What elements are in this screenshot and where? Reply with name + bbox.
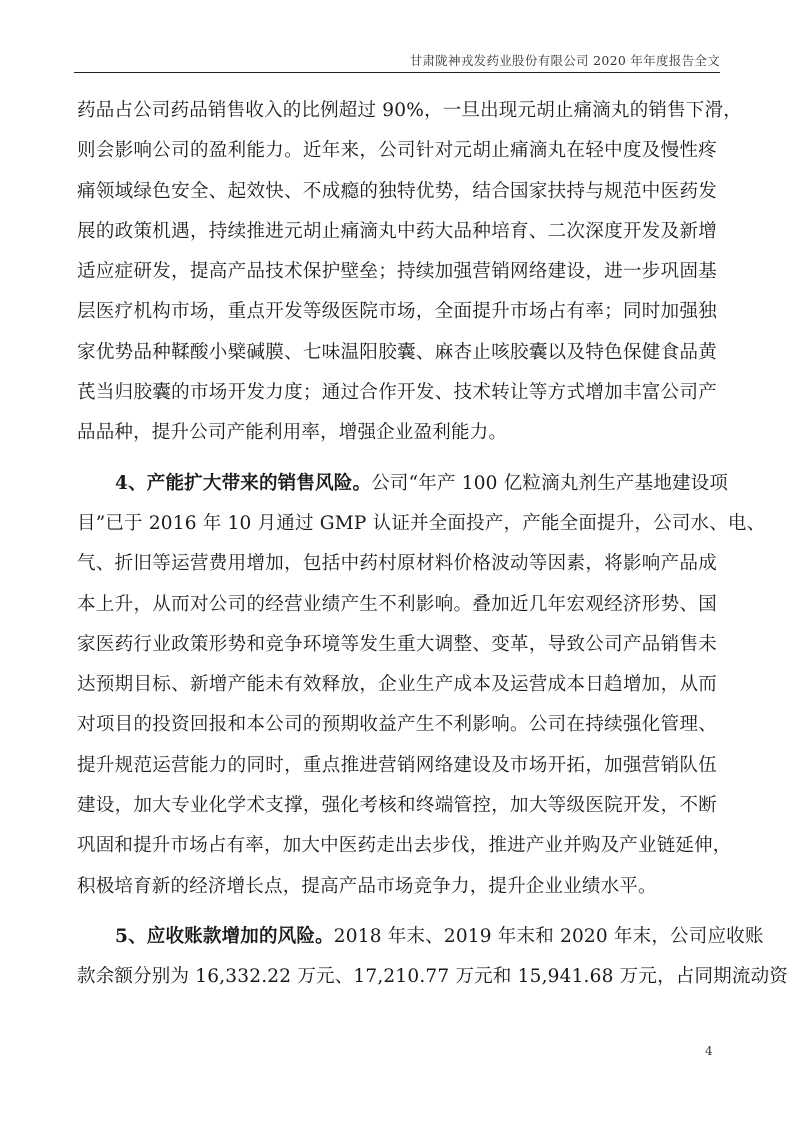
paragraph-first-line: 5、应收账款增加的风险。2018 年末、2019 年末和 2020 年末，公司应…	[77, 922, 717, 962]
paragraph-first-line: 4、产能扩大带来的销售风险。公司“年产 100 亿粒滴丸剂生产基地建设项	[77, 469, 717, 509]
text-line: 家医药行业政策形势和竞争环境等发生重大调整、变革，导致公司产品销售未	[77, 630, 717, 670]
body-text: 药品占公司药品销售收入的比例超过 90%，一旦出现元胡止痛滴丸的销售下滑， 则会…	[77, 96, 717, 1003]
section-heading-risk-5: 5、应收账款增加的风险。	[115, 926, 334, 947]
text-line: 达预期目标、新增产能未有效释放，企业生产成本及运营成本日趋增加，从而	[77, 670, 717, 710]
text-line: 芪当归胶囊的市场开发力度；通过合作开发、技术转让等方式增加丰富公司产	[77, 378, 717, 418]
text-line: 目”已于 2016 年 10 月通过 GMP 认证并全面投产，产能全面提升，公司…	[77, 509, 717, 549]
text-line: 对项目的投资回报和本公司的预期收益产生不利影响。公司在持续强化管理、	[77, 710, 717, 750]
text-line: 品品种，提升公司产能利用率，增强企业盈利能力。	[77, 418, 717, 458]
page-number: 4	[705, 1044, 713, 1058]
text-line: 适应症研发，提高产品技术保护壁垒；持续加强营销网络建设，进一步巩固基	[77, 257, 717, 297]
text-line: 巩固和提升市场占有率，加大中医药走出去步伐，推进产业并购及产业链延伸，	[77, 831, 717, 871]
text-line: 家优势品种鞣酸小檗碱膜、七味温阳胶囊、麻杏止咳胶囊以及特色保健食品黄	[77, 338, 717, 378]
text-line: 积极培育新的经济增长点，提高产品市场竞争力，提升企业业绩水平。	[77, 872, 717, 912]
text-line: 提升规范运营能力的同时，重点推进营销网络建设及市场开拓，加强营销队伍	[77, 751, 717, 791]
text-line: 则会影响公司的盈利能力。近年来，公司针对元胡止痛滴丸在轻中度及慢性疼	[77, 136, 717, 176]
section-heading-risk-4: 4、产能扩大带来的销售风险。	[115, 473, 371, 494]
text-line: 建设，加大专业化学术支撑，强化考核和终端管控，加大等级医院开发，不断	[77, 791, 717, 831]
text-line: 药品占公司药品销售收入的比例超过 90%，一旦出现元胡止痛滴丸的销售下滑，	[77, 96, 717, 136]
text-line: 气、折旧等运营费用增加，包括中药村原材料价格波动等因素，将影响产品成	[77, 549, 717, 589]
text-line: 款余额分别为 16,332.22 万元、17,210.77 万元和 15,941…	[77, 962, 717, 1002]
text-line: 本上升，从而对公司的经营业绩产生不利影响。叠加近几年宏观经济形势、国	[77, 590, 717, 630]
text-span: 公司“年产 100 亿粒滴丸剂生产基地建设项	[371, 473, 728, 494]
page-header: 甘肃陇神戎发药业股份有限公司 2020 年年度报告全文	[74, 52, 720, 73]
document-title: 甘肃陇神戎发药业股份有限公司 2020 年年度报告全文	[410, 53, 720, 68]
text-line: 展的政策机遇，持续推进元胡止痛滴丸中药大品种培育、二次深度开发及新增	[77, 217, 717, 257]
text-line: 层医疗机构市场，重点开发等级医院市场，全面提升市场占有率；同时加强独	[77, 297, 717, 337]
text-span: 2018 年末、2019 年末和 2020 年末，公司应收账	[334, 926, 764, 947]
text-line: 痛领域绿色安全、起效快、不成瘾的独特优势，结合国家扶持与规范中医药发	[77, 177, 717, 217]
